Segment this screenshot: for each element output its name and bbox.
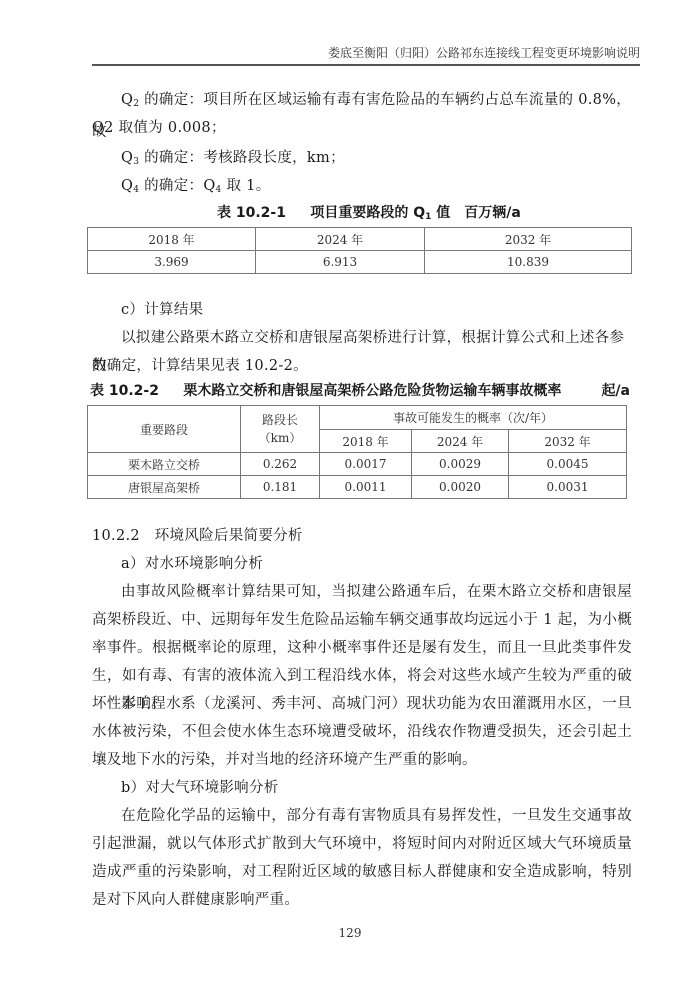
table2-header-length: 路段长 （km） [241, 406, 320, 453]
q3-text: 的确定：考核路段长度，km； [139, 150, 345, 166]
table1-header-2024: 2024 年 [256, 228, 425, 251]
page-number: 129 [0, 926, 700, 940]
row-segment-name: 唐银屋高架桥 [88, 476, 241, 499]
table2-header-2018: 2018 年 [320, 430, 412, 453]
table1-header-2032: 2032 年 [425, 228, 632, 251]
q4-text: 的确定：Q [139, 178, 215, 194]
section-heading-10-2-2: 10.2.2 环境风险后果简要分析 [92, 522, 632, 550]
table-row: 唐银屋高架桥 0.181 0.0011 0.0020 0.0031 [88, 476, 627, 499]
table2-title: 栗木路立交桥和唐银屋高架桥公路危险货物运输车辆事故概率 [183, 383, 561, 399]
subsection-a-paragraph-2: 本工程水系（龙溪河、秀丰河、高城门河）现状功能为农田灌溉用水区，一旦水体被污染，… [92, 690, 632, 774]
table2-header-length-line1: 路段长 [241, 411, 319, 429]
table2-unit: 起/a [601, 380, 630, 400]
q4-text-2: 取 1。 [222, 178, 271, 194]
row-p2024: 0.0020 [412, 476, 509, 499]
table1-header-2018: 2018 年 [88, 228, 256, 251]
row-segment-name: 栗木路立交桥 [88, 453, 241, 476]
subsection-b-title: b）对大气环境影响分析 [92, 774, 632, 802]
table2-header-2024: 2024 年 [412, 430, 509, 453]
table1-unit: 值 百万辆/a [431, 205, 520, 221]
table1-q1-values: 2018 年 2024 年 2032 年 3.969 6.913 10.839 [87, 227, 632, 274]
row-length: 0.181 [241, 476, 320, 499]
running-header: 娄底至衡阳（归阳）公路祁东连接线工程变更环境影响说明 [92, 44, 640, 66]
row-p2018: 0.0017 [320, 453, 412, 476]
table1-number: 表 10.2-1 [217, 205, 286, 221]
subsection-a-title: a）对水环境影响分析 [92, 550, 632, 578]
subsection-b-paragraph-1: 在危险化学品的运输中，部分有毒有害物质具有易挥发性，一旦发生交通事故引起泄漏，就… [92, 802, 632, 914]
row-p2018: 0.0011 [320, 476, 412, 499]
table1-value-2032: 10.839 [425, 251, 632, 274]
q3-symbol: Q [121, 150, 133, 166]
q4-paragraph: Q4 的确定：Q4 取 1。 [92, 172, 632, 204]
section-c-title: c）计算结果 [92, 296, 632, 324]
row-p2032: 0.0031 [509, 476, 627, 499]
table1-value-2024: 6.913 [256, 251, 425, 274]
q2-symbol: Q [121, 92, 133, 108]
table1-value-2018: 3.969 [88, 251, 256, 274]
table-row: 栗木路立交桥 0.262 0.0017 0.0029 0.0045 [88, 453, 627, 476]
row-p2032: 0.0045 [509, 453, 627, 476]
q4-symbol: Q [121, 178, 133, 194]
table2-header-segment: 重要路段 [88, 406, 241, 453]
table2-caption: 表 10.2-2 栗木路立交桥和唐银屋高架桥公路危险货物运输车辆事故概率起/a [90, 380, 630, 400]
row-length: 0.262 [241, 453, 320, 476]
table1-caption: 表 10.2-1 项目重要路段的 Q1 值 百万辆/a [217, 202, 521, 222]
document-title: 娄底至衡阳（归阳）公路祁东连接线工程变更环境影响说明 [328, 46, 640, 60]
table2-accident-probability: 重要路段 路段长 （km） 事故可能发生的概率（次/年） 2018 年 2024… [87, 405, 627, 499]
table1-title: 项目重要路段的 Q [310, 205, 425, 221]
q2-continuation: Q2 取值为 0.008； [92, 114, 632, 142]
table2-number: 表 10.2-2 [90, 383, 159, 399]
table2-header-length-line2: （km） [241, 429, 319, 447]
table2-header-2032: 2032 年 [509, 430, 627, 453]
table2-header-probability: 事故可能发生的概率（次/年） [320, 406, 627, 430]
row-p2024: 0.0029 [412, 453, 509, 476]
section-c-text-line2: 的确定，计算结果见表 10.2-2。 [92, 352, 632, 380]
